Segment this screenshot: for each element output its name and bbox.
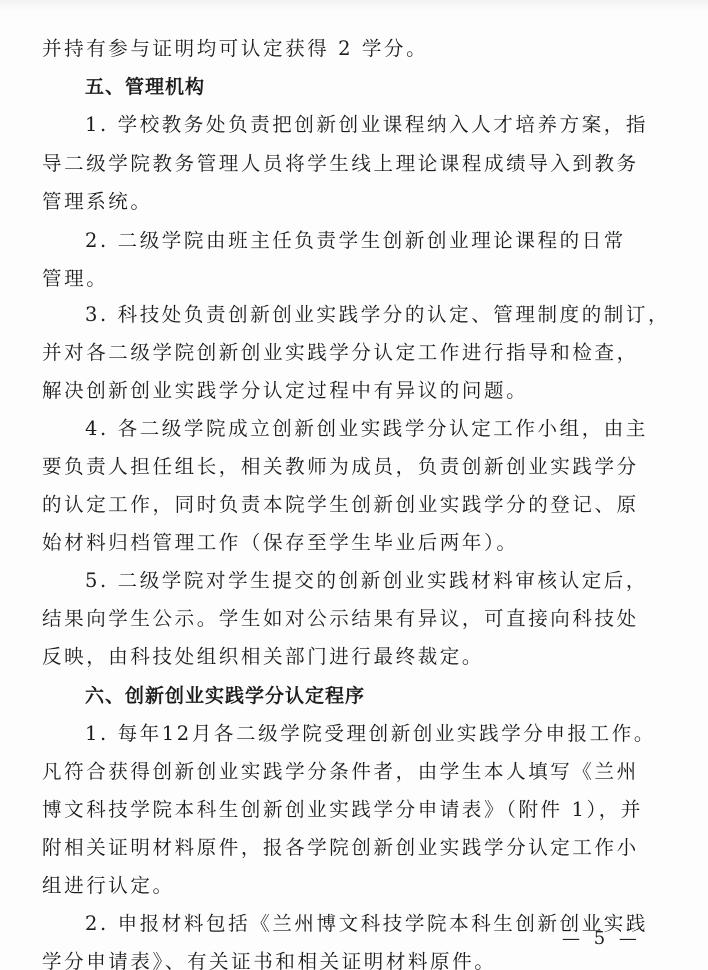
paragraph-line: 学分申请表》、有关证书和相关证明材料原件。 [42,947,632,970]
paragraph-line: 要负责人担任组长，相关教师为成员，负责创新创业实践学分 [42,452,632,482]
paragraph-line: 博文科技学院本科生创新创业实践学分申请表》（附件 1），并 [42,795,632,825]
section-heading-procedure: 六、创新创业实践学分认定程序 [85,681,632,711]
section-heading-management: 五、管理机构 [85,72,632,102]
paragraph-line: 结果向学生公示。学生如对公示结果有异议，可直接向科技处 [42,604,632,634]
paragraph-line: 1. 每年12月各二级学院受理创新创业实践学分申报工作。 [85,719,632,749]
scan-edge [0,0,708,12]
paragraph-line: 导二级学院教务管理人员将学生线上理论课程成绩导入到教务 [42,149,632,179]
paragraph-line: 反映，由科技处组织相关部门进行最终裁定。 [42,642,632,672]
paragraph-line: 1. 学校教务处负责把创新创业课程纳入人才培养方案，指 [85,110,632,140]
paragraph-line: 3. 科技处负责创新创业实践学分的认定、管理制度的制订， [85,300,632,330]
paragraph-line: 附相关证明材料原件，报各学院创新创业实践学分认定工作小 [42,833,632,863]
paragraph-line: 凡符合获得创新创业实践学分条件者，由学生本人填写《兰州 [42,757,632,787]
paragraph-line: 5. 二级学院对学生提交的创新创业实践材料审核认定后， [85,566,632,596]
paragraph-line: 并持有参与证明均可认定获得 2 学分。 [42,34,632,64]
document-page: 并持有参与证明均可认定获得 2 学分。 五、管理机构 1. 学校教务处负责把创新… [0,0,708,970]
paragraph-line: 并对各二级学院创新创业实践学分认定工作进行指导和检查， [42,338,632,368]
paragraph-line: 4. 各二级学院成立创新创业实践学分认定工作小组，由主 [85,414,632,444]
page-number: — 5 — [562,928,641,949]
paragraph-line: 管理系统。 [42,187,632,217]
paragraph-line: 解决创新创业实践学分认定过程中有异议的问题。 [42,376,632,406]
paragraph-line: 的认定工作，同时负责本院学生创新创业实践学分的登记、原 [42,490,632,520]
paragraph-line: 管理。 [42,264,632,294]
paragraph-line: 组进行认定。 [42,871,632,901]
paragraph-line: 2. 二级学院由班主任负责学生创新创业理论课程的日常 [85,226,632,256]
paragraph-line: 始材料归档管理工作（保存至学生毕业后两年）。 [42,528,632,558]
paragraph-line: 2. 申报材料包括《兰州博文科技学院本科生创新创业实践 [85,909,632,939]
